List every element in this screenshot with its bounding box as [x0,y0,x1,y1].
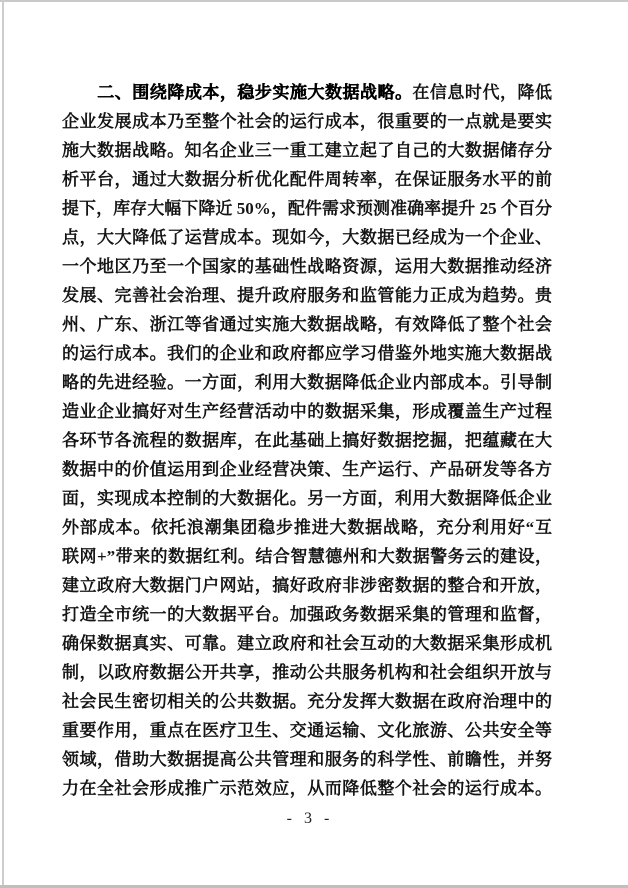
text-line: 施大数据战略。知名企业三一重工建立起了自己的大数据储存分 [62,136,552,165]
text-line: 造业企业搞好对生产经营活动中的数据采集，形成覆盖生产过程 [62,397,552,426]
text-line: 的运行成本。我们的企业和政府都应学习借鉴外地实施大数据战 [62,339,552,368]
paragraph-first-line: 二、围绕降成本，稳步实施大数据战略。在信息时代，降低 [62,78,552,107]
page-edge-left [2,0,4,888]
page-edge-top [0,0,628,2]
text-line: 略的先进经验。一方面，利用大数据降低企业内部成本。引导制 [62,368,552,397]
text-line: 提下，库存大幅下降近 50%，配件需求预测准确率提升 25 个百分 [62,194,552,223]
paragraph-lines: 企业发展成本乃至整个社会的运行成本，很重要的一点就是要实施大数据战略。知名企业三… [62,107,552,803]
first-line-rest: 在信息时代，降低 [412,83,552,102]
page-number: - 3 - [0,810,620,828]
text-line: 制，以政府数据公开共享，推动公共服务机构和社会组织开放与 [62,658,552,687]
text-line: 发展、完善社会治理、提升政府服务和监管能力正成为趋势。贵 [62,281,552,310]
text-line: 企业发展成本乃至整个社会的运行成本，很重要的一点就是要实 [62,107,552,136]
text-line: 建立政府大数据门户网站，搞好政府非涉密数据的整合和开放， [62,571,552,600]
text-line: 力在全社会形成推广示范效应，从而降低整个社会的运行成本。 [62,774,552,803]
text-line: 州、广东、浙江等省通过实施大数据战略，有效降低了整个社会 [62,310,552,339]
text-line: 重要作用，重点在医疗卫生、交通运输、文化旅游、公共安全等 [62,716,552,745]
text-line: 打造全市统一的大数据平台。加强政务数据采集的管理和监督， [62,600,552,629]
text-line: 数据中的价值运用到企业经营决策、生产运行、产品研发等各方 [62,455,552,484]
text-line: 点，大大降低了运营成本。现如今，大数据已经成为一个企业、 [62,223,552,252]
text-line: 联网+”带来的数据红利。结合智慧德州和大数据警务云的建设， [62,542,552,571]
text-line: 领域，借助大数据提高公共管理和服务的科学性、前瞻性，并努 [62,745,552,774]
text-line: 确保数据真实、可靠。建立政府和社会互动的大数据采集形成机 [62,629,552,658]
text-line: 社会民生密切相关的公共数据。充分发挥大数据在政府治理中的 [62,687,552,716]
text-line: 析平台，通过大数据分析优化配件周转率，在保证服务水平的前 [62,165,552,194]
text-line: 面，实现成本控制的大数据化。另一方面，利用大数据降低企业 [62,484,552,513]
text-line: 外部成本。依托浪潮集团稳步推进大数据战略，充分利用好“互 [62,513,552,542]
text-line: 各环节各流程的数据库，在此基础上搞好数据挖掘，把蕴藏在大 [62,426,552,455]
document-page: 二、围绕降成本，稳步实施大数据战略。在信息时代，降低 企业发展成本乃至整个社会的… [0,0,628,888]
section-heading: 二、围绕降成本，稳步实施大数据战略。 [97,83,412,102]
text-line: 一个地区乃至一个国家的基础性战略资源，运用大数据推动经济 [62,252,552,281]
paragraph-block: 二、围绕降成本，稳步实施大数据战略。在信息时代，降低 企业发展成本乃至整个社会的… [62,78,552,803]
